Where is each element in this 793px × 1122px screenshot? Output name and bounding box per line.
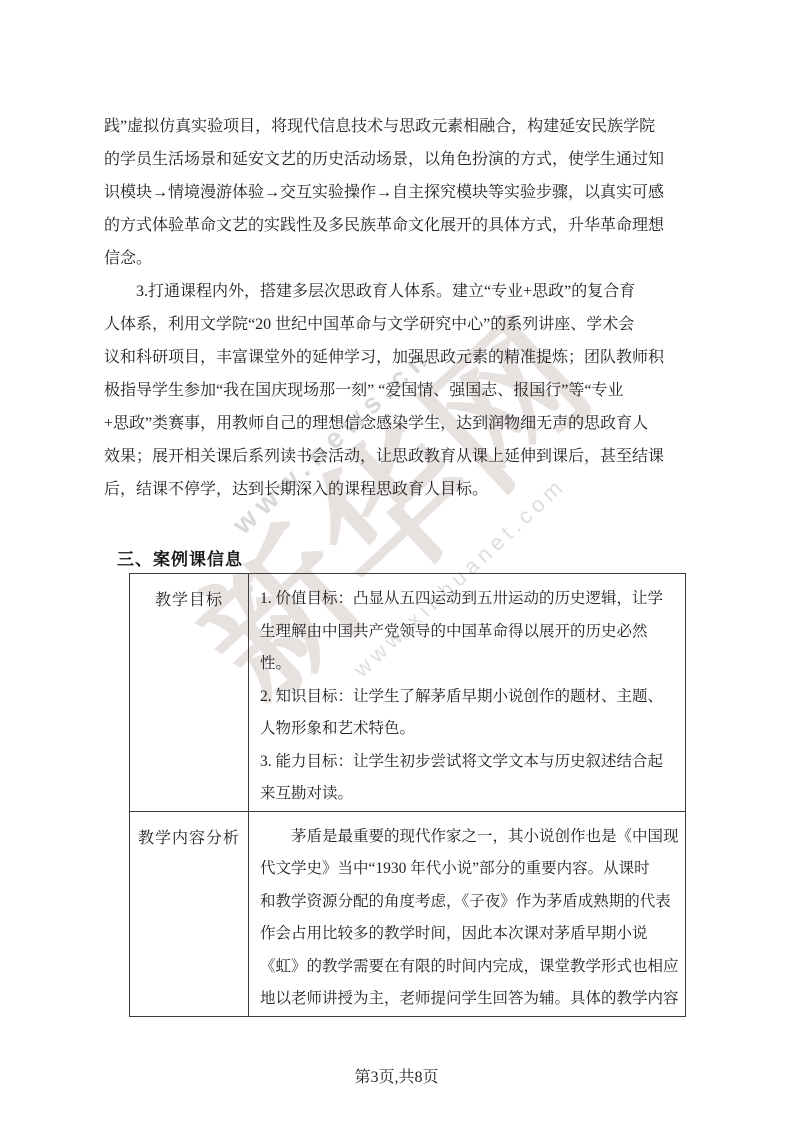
document-page: www.news.cn 新华网 www.xinhuanet.com 践”虚拟仿真… (0, 0, 793, 1122)
case-info-table: 教学目标 1. 价值目标：凸显从五四运动到五卅运动的历史逻辑，让学 生理解由中国… (129, 573, 686, 1017)
row-content-teaching-goals: 1. 价值目标：凸显从五四运动到五卅运动的历史逻辑，让学 生理解由中国共产党领导… (249, 574, 686, 812)
row-content-content-analysis: 茅盾是最重要的现代作家之一，其小说创作也是《中国现 代文学史》当中“1930 年… (249, 811, 686, 1016)
table-row-teaching-goals: 教学目标 1. 价值目标：凸显从五四运动到五卅运动的历史逻辑，让学 生理解由中国… (130, 574, 686, 812)
page-number: 第3页,共8页 (0, 1064, 793, 1087)
body-text: 践”虚拟仿真实验项目，将现代信息技术与思政元素相融合，构建延安民族学院 的学员生… (104, 110, 692, 506)
table-row-content-analysis: 教学内容分析 茅盾是最重要的现代作家之一，其小说创作也是《中国现 代文学史》当中… (130, 811, 686, 1016)
paragraph-1: 践”虚拟仿真实验项目，将现代信息技术与思政元素相融合，构建延安民族学院 的学员生… (104, 110, 692, 275)
paragraph-2: 3.打通课程内外，搭建多层次思政育人体系。建立“专业+思政”的复合育 人体系，利… (104, 275, 692, 506)
row-label-content-analysis: 教学内容分析 (130, 811, 249, 1016)
row-label-teaching-goals: 教学目标 (130, 574, 249, 812)
section-heading: 三、案例课信息 (117, 545, 243, 570)
